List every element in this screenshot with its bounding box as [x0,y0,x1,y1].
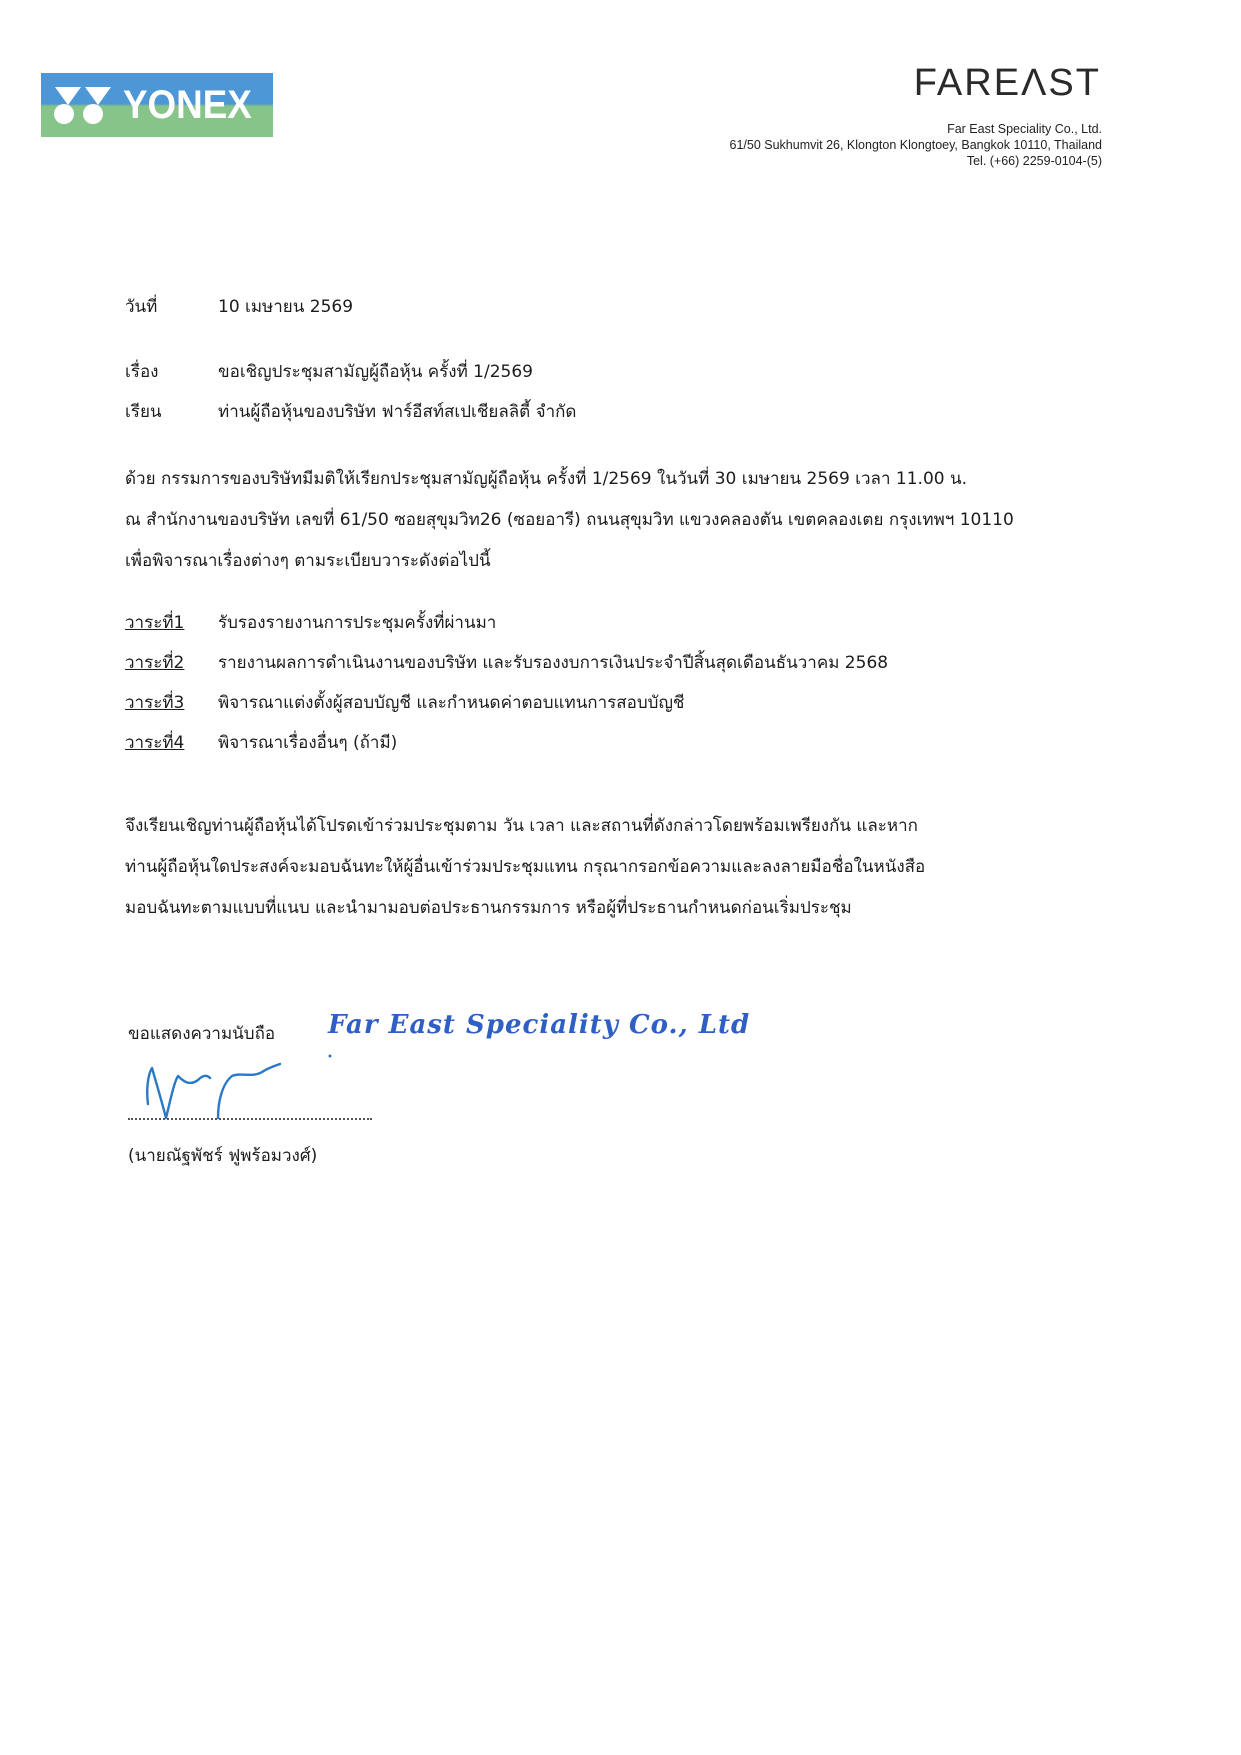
signer-name: (นายณัฐพัชร์ ฟูพร้อมวงศ์) [128,1142,317,1169]
intro-paragraph: ด้วย กรรมการของบริษัทมีมติให้เรียกประชุม… [125,459,1014,582]
recipient-label: เรียน [125,401,218,423]
signature-line [128,1118,372,1120]
subject-label: เรื่อง [125,361,218,383]
agenda-label: วาระที่2 [125,652,218,674]
agenda-item: วาระที่4พิจารณาเรื่องอื่นๆ (ถ้ามี) [125,732,397,754]
yonex-wordmark: YONEX [123,85,252,125]
closing-text: ขอแสดงความนับถือ [128,1020,275,1047]
invitation-line: จึงเรียนเชิญท่านผู้ถือหุ้นได้โปรดเข้าร่ว… [125,806,925,847]
agenda-label: วาระที่3 [125,692,218,714]
date-value: 10 เมษายน 2569 [218,297,353,317]
date-row: วันที่10 เมษายน 2569 [125,296,353,318]
yonex-logo: YONEX [41,73,273,137]
date-label: วันที่ [125,296,218,318]
yonex-shuttle-icon [53,83,115,127]
company-tel: Tel. (+66) 2259-0104-(5) [730,153,1103,169]
invitation-line: มอบฉันทะตามแบบที่แนบ และนำมามอบต่อประธาน… [125,888,925,929]
company-info: Far East Speciality Co., Ltd. 61/50 Sukh… [730,121,1103,169]
agenda-item: วาระที่1รับรองรายงานการประชุมครั้งที่ผ่า… [125,612,496,634]
agenda-text: พิจารณาแต่งตั้งผู้สอบบัญชี และกำหนดค่าตอ… [218,693,684,713]
company-address: 61/50 Sukhumvit 26, Klongton Klongtoey, … [730,137,1103,153]
intro-line: ด้วย กรรมการของบริษัทมีมติให้เรียกประชุม… [125,459,1014,500]
invitation-line: ท่านผู้ถือหุ้นใดประสงค์จะมอบฉันทะให้ผู้อ… [125,847,925,888]
company-stamp: Far East Speciality Co., Ltd [328,1010,750,1040]
subject-value: ขอเชิญประชุมสามัญผู้ถือหุ้น ครั้งที่ 1/2… [218,362,533,382]
intro-line: เพื่อพิจารณาเรื่องต่างๆ ตามระเบียบวาระดั… [125,541,1014,582]
agenda-item: วาระที่2รายงานผลการดำเนินงานของบริษัท แล… [125,652,888,674]
agenda-label: วาระที่4 [125,732,218,754]
agenda-label: วาระที่1 [125,612,218,634]
agenda-item: วาระที่3พิจารณาแต่งตั้งผู้สอบบัญชี และกำ… [125,692,684,714]
agenda-text: รับรองรายงานการประชุมครั้งที่ผ่านมา [218,613,496,633]
recipient-row: เรียนท่านผู้ถือหุ้นของบริษัท ฟาร์อีสท์สเ… [125,401,576,423]
intro-line: ณ สำนักงานของบริษัท เลขที่ 61/50 ซอยสุขุ… [125,500,1014,541]
company-name: Far East Speciality Co., Ltd. [730,121,1103,137]
agenda-text: รายงานผลการดำเนินงานของบริษัท และรับรองง… [218,653,888,673]
signature-image [140,1052,340,1124]
invitation-paragraph: จึงเรียนเชิญท่านผู้ถือหุ้นได้โปรดเข้าร่ว… [125,806,925,929]
agenda-text: พิจารณาเรื่องอื่นๆ (ถ้ามี) [218,733,397,753]
subject-row: เรื่องขอเชิญประชุมสามัญผู้ถือหุ้น ครั้งท… [125,361,533,383]
recipient-value: ท่านผู้ถือหุ้นของบริษัท ฟาร์อีสท์สเปเชีย… [218,402,576,422]
fareast-logo: FAREΛST [914,62,1101,105]
